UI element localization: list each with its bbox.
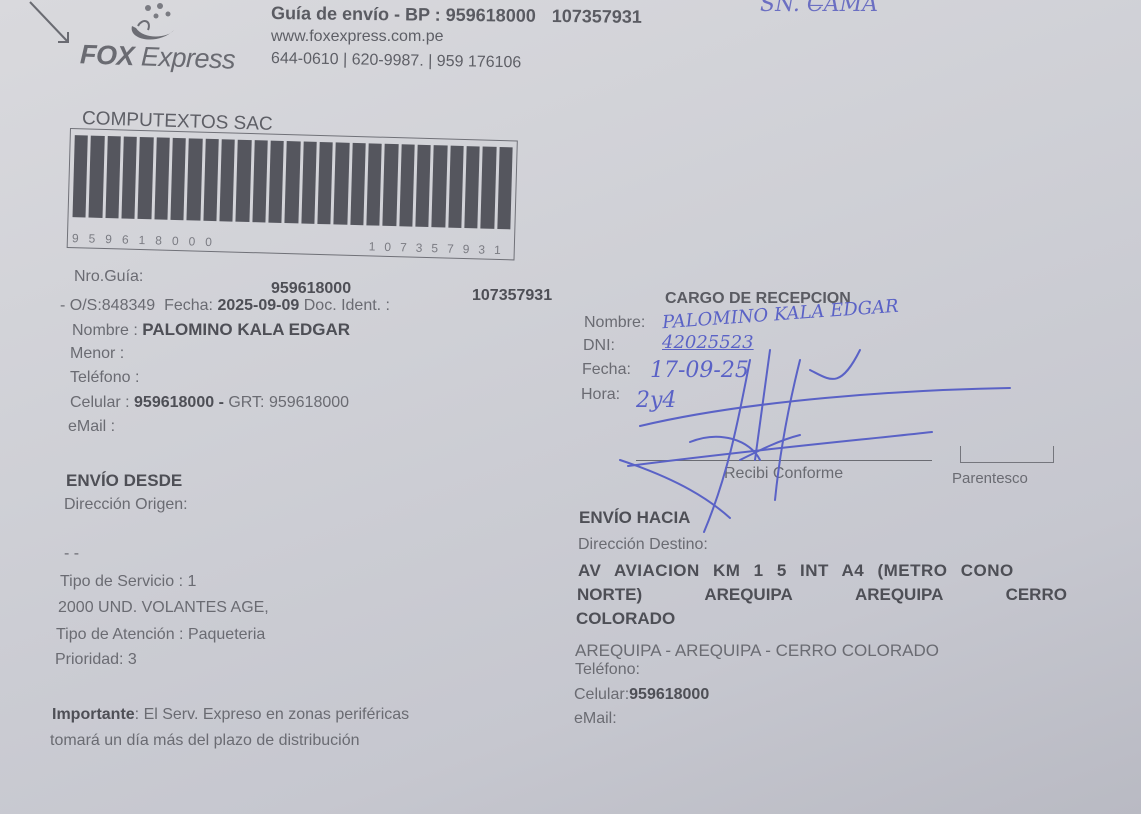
barcode-bar [236, 140, 252, 222]
barcode-bars [73, 135, 513, 229]
nro-guia-code: 107357931 [472, 287, 552, 305]
barcode-bar [432, 145, 448, 227]
nro-guia-value: 959618000 [271, 280, 351, 298]
barcode-bar [399, 144, 415, 226]
sender-nombre: Nombre : PALOMINO KALA EDGAR [72, 320, 350, 340]
barcode-bar [481, 147, 497, 229]
barcode-bar [203, 139, 219, 221]
barcode-bar [219, 139, 235, 221]
barcode-digits: 959618000 107357931 [72, 231, 510, 257]
nro-guia-label: Nro.Guía: [74, 268, 143, 286]
handwritten-note: SN. C̶AMA [760, 0, 878, 17]
receipt-hora-label: Hora: [581, 386, 620, 404]
destination-address-line2: NORTE) AREQUIPA AREQUIPA CERRO [577, 585, 1067, 605]
email-field: eMail : [68, 418, 115, 436]
parentesco-label: Parentesco [952, 470, 1028, 487]
order-fecha-line: - O/S:848349 Fecha: 2025-09-09 Doc. Iden… [60, 297, 390, 315]
barcode: 959618000 107357931 [67, 128, 518, 260]
direccion-origen-value: - - [64, 545, 79, 563]
barcode-bar [285, 141, 301, 223]
destination-address-line1: AV AVIACION KM 1 5 INT A4 (METRO CONO [578, 561, 1014, 581]
tipo-servicio: Tipo de Servicio : 1 [60, 573, 196, 591]
receipt-dni-label: DNI: [583, 337, 615, 355]
receipt-hora-handwritten: 2y4 [636, 388, 676, 413]
parentesco-box [960, 446, 1054, 463]
destination-telefono: Teléfono: [575, 661, 640, 679]
importante-note-line2: tomará un día más del plazo de distribuc… [50, 732, 360, 750]
importante-note-line1: Importante: El Serv. Expreso en zonas pe… [52, 706, 409, 724]
barcode-bar [301, 142, 317, 224]
barcode-bar [464, 146, 480, 228]
direccion-destino-label: Dirección Destino: [578, 536, 708, 554]
barcode-bar [350, 143, 366, 225]
barcode-bar [105, 136, 121, 218]
telefono-field: Teléfono : [70, 369, 139, 387]
receipt-fecha-handwritten: 17-09-25 [650, 358, 749, 383]
guide-title: Guía de envío - BP : 959618000107357931 [271, 3, 642, 28]
fox-express-logo-icon [118, 0, 190, 44]
barcode-bar [497, 147, 513, 229]
barcode-bar [138, 137, 154, 219]
barcode-bar [252, 140, 268, 222]
celular-field: Celular : 959618000 - GRT: 959618000 [70, 394, 349, 412]
hand-drawn-arrow-icon [28, 0, 78, 50]
barcode-bar [121, 137, 137, 219]
receipt-nombre-label: Nombre: [584, 314, 645, 332]
destination-email: eMail: [574, 710, 617, 728]
envio-desde-heading: ENVÍO DESDE [66, 471, 182, 491]
menor-field: Menor : [70, 345, 124, 363]
contact-phones: 644-0610 | 620-9987. | 959 176106 [271, 50, 522, 72]
descripcion-envio: 2000 UND. VOLANTES AGE, [58, 599, 269, 617]
destination-region: AREQUIPA - AREQUIPA - CERRO COLORADO [575, 641, 939, 661]
receipt-fecha-label: Fecha: [582, 361, 631, 379]
signature-line [636, 460, 932, 461]
barcode-bar [415, 145, 431, 227]
direccion-origen-label: Dirección Origen: [64, 496, 188, 514]
website-link[interactable]: www.foxexpress.com.pe [271, 28, 444, 46]
envio-hacia-heading: ENVÍO HACIA [579, 508, 690, 528]
barcode-bar [187, 138, 203, 220]
destination-celular: Celular:959618000 [574, 686, 709, 704]
brand-logo: FOX Express [80, 39, 236, 75]
prioridad: Prioridad: 3 [55, 651, 137, 669]
barcode-bar [89, 136, 105, 218]
barcode-bar [334, 142, 350, 224]
barcode-bar [73, 135, 89, 217]
barcode-bar [448, 146, 464, 228]
recibi-conforme-label: Recibi Conforme [724, 465, 843, 483]
barcode-bar [317, 142, 333, 224]
barcode-bar [383, 144, 399, 226]
barcode-bar [268, 141, 284, 223]
receipt-dni-handwritten: 42025523 [662, 332, 754, 353]
barcode-bar [170, 138, 186, 220]
destination-address-line3: COLORADO [576, 609, 675, 629]
tipo-atencion: Tipo de Atención : Paqueteria [56, 626, 265, 644]
barcode-bar [154, 137, 170, 219]
barcode-bar [366, 143, 382, 225]
